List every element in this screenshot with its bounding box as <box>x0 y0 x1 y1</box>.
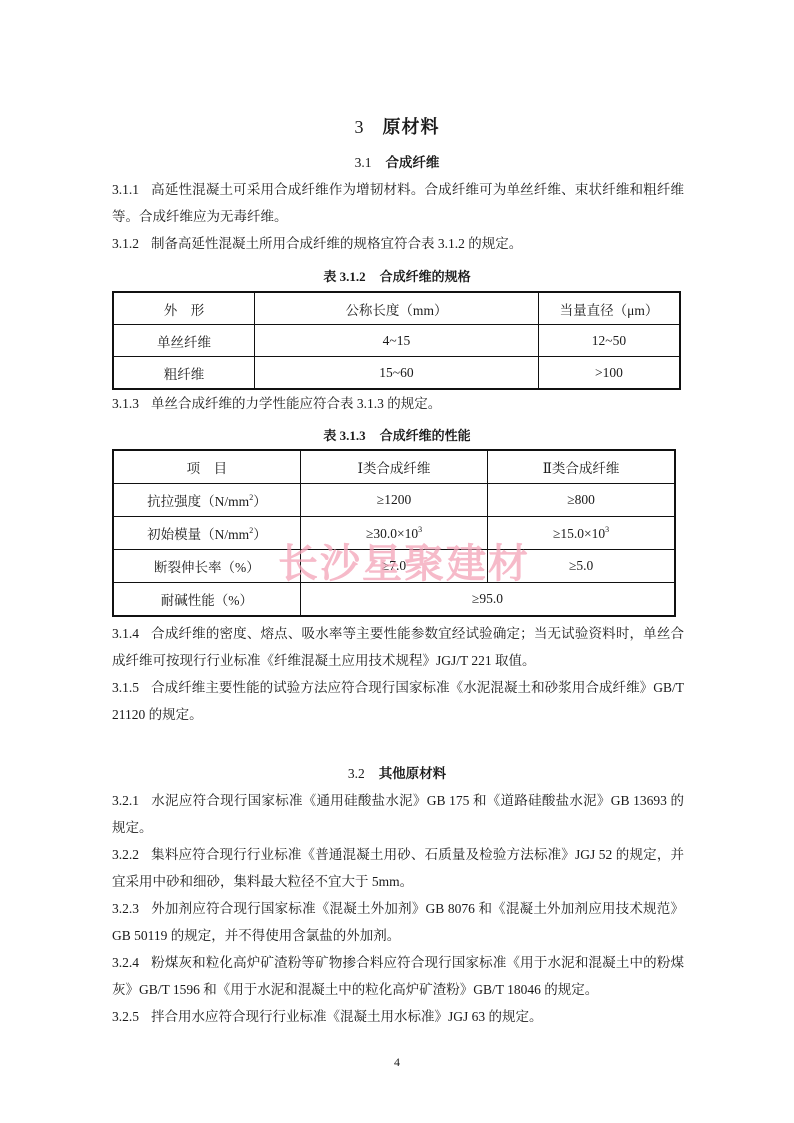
clause-text: 合成纤维的密度、熔点、吸水率等主要性能参数宜经试验确定；当无试验资料时，单丝合成… <box>112 626 684 668</box>
section-heading-3-1: 3.1合成纤维 <box>0 151 794 171</box>
table-cell: 初始模量（N/mm2） <box>113 517 300 550</box>
table-fiber-properties: 项 目 Ⅰ类合成纤维 Ⅱ类合成纤维 抗拉强度（N/mm2） ≥1200 ≥800… <box>112 449 676 617</box>
table-row: 断裂伸长率（%） ≥7.0 ≥5.0 <box>113 550 675 583</box>
clause-text: 粉煤灰和粒化高炉矿渣粉等矿物掺合料应符合现行国家标准《用于水泥和混凝土中的粉煤灰… <box>112 955 684 997</box>
table-caption-3-1-2: 表 3.1.2合成纤维的规格 <box>0 266 794 285</box>
caption-number: 表 3.1.2 <box>323 269 365 284</box>
clause-text: 集料应符合现行行业标准《普通混凝土用砂、石质量及检验方法标准》JGJ 52 的规… <box>112 847 684 889</box>
cell-value: ≥30.0×10 <box>366 526 418 541</box>
table-cell: 15~60 <box>254 357 538 390</box>
row-label-end: ） <box>253 494 267 509</box>
paragraph-3-2-1: 3.2.1水泥应符合现行国家标准《通用硅酸盐水泥》GB 175 和《道路硅酸盐水… <box>112 787 684 841</box>
table-cell: ≥5.0 <box>488 550 675 583</box>
paragraph-3-2-4: 3.2.4粉煤灰和粒化高炉矿渣粉等矿物掺合料应符合现行国家标准《用于水泥和混凝土… <box>112 949 684 1003</box>
clause-number: 3.2.2 <box>112 847 139 862</box>
header-cell: 公称长度（mm） <box>254 292 538 325</box>
table-header-row: 项 目 Ⅰ类合成纤维 Ⅱ类合成纤维 <box>113 450 675 484</box>
chapter-number: 3 <box>355 117 365 137</box>
paragraph-3-1-2: 3.1.2制备高延性混凝土所用合成纤维的规格宜符合表 3.1.2 的规定。 <box>112 230 684 257</box>
clause-text: 水泥应符合现行国家标准《通用硅酸盐水泥》GB 175 和《道路硅酸盐水泥》GB … <box>112 793 684 835</box>
section-number: 3.2 <box>348 766 365 781</box>
table-cell: 粗纤维 <box>113 357 254 390</box>
table-row: 单丝纤维 4~15 12~50 <box>113 325 680 357</box>
table-cell: ≥7.0 <box>300 550 487 583</box>
table-cell: ≥15.0×103 <box>488 517 675 550</box>
clause-text: 高延性混凝土可采用合成纤维作为增韧材料。合成纤维可为单丝纤维、束状纤维和粗纤维等… <box>112 182 684 224</box>
section-title: 合成纤维 <box>385 155 439 170</box>
table-row: 耐碱性能（%） ≥95.0 <box>113 583 675 617</box>
table-header-row: 外 形 公称长度（mm） 当量直径（μm） <box>113 292 680 325</box>
clause-text: 拌合用水应符合现行行业标准《混凝土用水标准》JGJ 63 的规定。 <box>151 1009 543 1024</box>
caption-number: 表 3.1.3 <box>323 428 365 443</box>
clause-text: 合成纤维主要性能的试验方法应符合现行国家标准《水泥混凝土和砂浆用合成纤维》GB/… <box>112 680 684 722</box>
page-number: 4 <box>0 1055 794 1070</box>
table-row: 粗纤维 15~60 >100 <box>113 357 680 390</box>
clause-number: 3.2.5 <box>112 1009 139 1024</box>
row-label: 初始模量（N/mm <box>147 527 249 542</box>
table-cell-merged: ≥95.0 <box>300 583 675 617</box>
clause-text: 单丝合成纤维的力学性能应符合表 3.1.3 的规定。 <box>151 396 441 411</box>
table-cell: 4~15 <box>254 325 538 357</box>
clause-number: 3.2.1 <box>112 793 139 808</box>
paragraph-3-2-2: 3.2.2集料应符合现行行业标准《普通混凝土用砂、石质量及检验方法标准》JGJ … <box>112 841 684 895</box>
clause-number: 3.1.3 <box>112 396 139 411</box>
superscript: 3 <box>418 525 422 534</box>
table-fiber-specs: 外 形 公称长度（mm） 当量直径（μm） 单丝纤维 4~15 12~50 粗纤… <box>112 291 681 390</box>
paragraph-3-1-5: 3.1.5合成纤维主要性能的试验方法应符合现行国家标准《水泥混凝土和砂浆用合成纤… <box>112 674 684 728</box>
row-label: 抗拉强度（N/mm <box>147 494 249 509</box>
table-cell: ≥800 <box>488 484 675 517</box>
row-label-end: ） <box>253 527 267 542</box>
table-cell: 耐碱性能（%） <box>113 583 300 617</box>
section-heading-3-2: 3.2其他原材料 <box>0 762 794 782</box>
table-cell: >100 <box>538 357 680 390</box>
paragraph-3-1-3: 3.1.3单丝合成纤维的力学性能应符合表 3.1.3 的规定。 <box>112 390 684 417</box>
table-row: 初始模量（N/mm2） ≥30.0×103 ≥15.0×103 <box>113 517 675 550</box>
cell-value: ≥15.0×10 <box>553 526 605 541</box>
table-cell: 抗拉强度（N/mm2） <box>113 484 300 517</box>
paragraph-3-1-1: 3.1.1高延性混凝土可采用合成纤维作为增韧材料。合成纤维可为单丝纤维、束状纤维… <box>112 176 684 230</box>
header-cell: Ⅱ类合成纤维 <box>488 450 675 484</box>
table-caption-3-1-3: 表 3.1.3合成纤维的性能 <box>0 425 794 444</box>
paragraph-3-1-4: 3.1.4合成纤维的密度、熔点、吸水率等主要性能参数宜经试验确定；当无试验资料时… <box>112 620 684 674</box>
header-cell: 当量直径（μm） <box>538 292 680 325</box>
caption-title: 合成纤维的性能 <box>380 428 471 443</box>
table-cell: 单丝纤维 <box>113 325 254 357</box>
table-cell: ≥30.0×103 <box>300 517 487 550</box>
table-cell: ≥1200 <box>300 484 487 517</box>
superscript: 3 <box>605 525 609 534</box>
table-row: 抗拉强度（N/mm2） ≥1200 ≥800 <box>113 484 675 517</box>
paragraph-3-2-3: 3.2.3外加剂应符合现行国家标准《混凝土外加剂》GB 8076 和《混凝土外加… <box>112 895 684 949</box>
section-number: 3.1 <box>355 155 372 170</box>
clause-number: 3.2.3 <box>112 901 139 916</box>
clause-number: 3.1.5 <box>112 680 139 695</box>
header-cell: 外 形 <box>113 292 254 325</box>
clause-number: 3.1.4 <box>112 626 139 641</box>
clause-number: 3.1.1 <box>112 182 139 197</box>
table-cell: 断裂伸长率（%） <box>113 550 300 583</box>
paragraph-3-2-5: 3.2.5拌合用水应符合现行行业标准《混凝土用水标准》JGJ 63 的规定。 <box>112 1003 684 1030</box>
header-cell: Ⅰ类合成纤维 <box>300 450 487 484</box>
chapter-title: 3原材料 <box>0 113 794 139</box>
clause-number: 3.1.2 <box>112 236 139 251</box>
chapter-title-text: 原材料 <box>383 117 440 137</box>
header-cell: 项 目 <box>113 450 300 484</box>
caption-title: 合成纤维的规格 <box>380 269 471 284</box>
clause-number: 3.2.4 <box>112 955 139 970</box>
table-cell: 12~50 <box>538 325 680 357</box>
clause-text: 外加剂应符合现行国家标准《混凝土外加剂》GB 8076 和《混凝土外加剂应用技术… <box>112 901 684 943</box>
section-title: 其他原材料 <box>379 766 447 781</box>
clause-text: 制备高延性混凝土所用合成纤维的规格宜符合表 3.1.2 的规定。 <box>151 236 522 251</box>
